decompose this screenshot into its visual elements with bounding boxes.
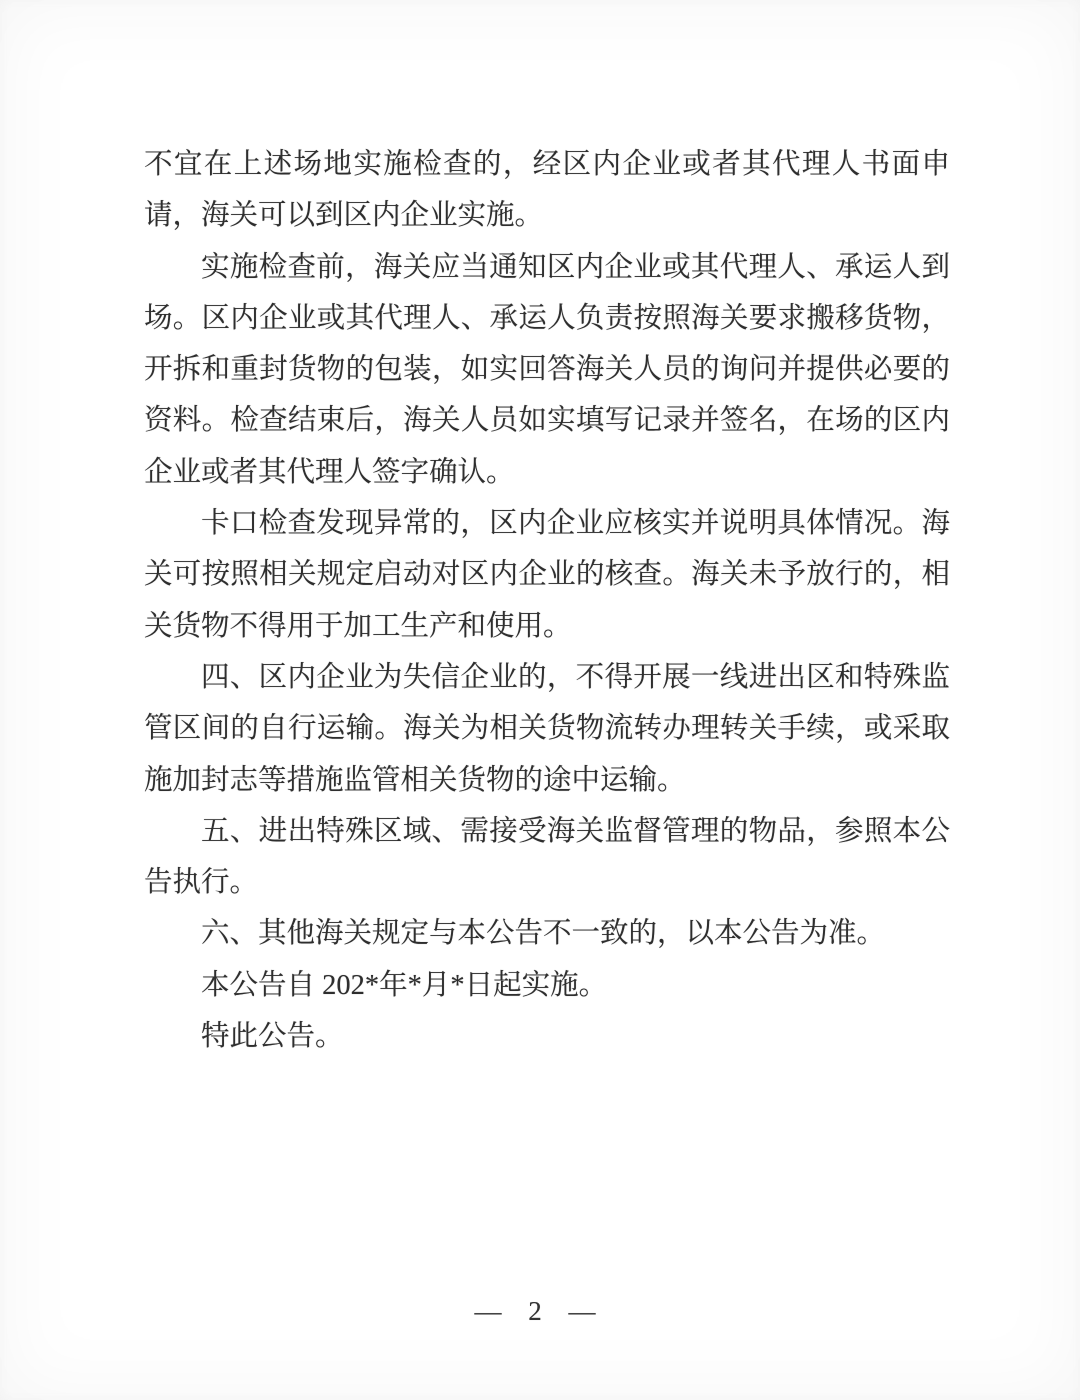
text-line: 管区间的自行运输。海关为相关货物流转办理转关手续，或采取 (144, 703, 950, 754)
page-number: — 2 — (475, 1296, 606, 1326)
text-line: 六、其他海关规定与本公告不一致的，以本公告为准。 (144, 908, 950, 959)
text-line: 实施检查前，海关应当通知区内企业或其代理人、承运人到 (144, 242, 950, 293)
text-line: 四、区内企业为失信企业的，不得开展一线进出区和特殊监 (144, 652, 950, 703)
text-line: 施加封志等措施监管相关货物的途中运输。 (144, 755, 950, 806)
paragraph: 卡口检查发现异常的，区内企业应核实并说明具体情况。海关可按照相关规定启动对区内企… (144, 498, 950, 652)
paragraph: 特此公告。 (144, 1011, 950, 1062)
document-body: 不宜在上述场地实施检查的，经区内企业或者其代理人书面申请，海关可以到区内企业实施… (144, 139, 950, 1062)
text-line: 关可按照相关规定启动对区内企业的核查。海关未予放行的，相 (144, 549, 950, 600)
text-line: 企业或者其代理人签字确认。 (144, 447, 950, 498)
paragraph: 四、区内企业为失信企业的，不得开展一线进出区和特殊监管区间的自行运输。海关为相关… (144, 652, 950, 806)
text-line: 卡口检查发现异常的，区内企业应核实并说明具体情况。海 (144, 498, 950, 549)
paragraph: 实施检查前，海关应当通知区内企业或其代理人、承运人到场。区内企业或其代理人、承运… (144, 242, 950, 498)
text-line: 本公告自 202*年*月*日起实施。 (144, 960, 950, 1011)
paragraph: 六、其他海关规定与本公告不一致的，以本公告为准。 (144, 908, 950, 959)
paragraph: 不宜在上述场地实施检查的，经区内企业或者其代理人书面申请，海关可以到区内企业实施… (144, 139, 950, 242)
text-line: 不宜在上述场地实施检查的，经区内企业或者其代理人书面申 (144, 139, 950, 190)
text-line: 开拆和重封货物的包装，如实回答海关人员的询问并提供必要的 (144, 344, 950, 395)
text-line: 五、进出特殊区域、需接受海关监督管理的物品，参照本公 (144, 806, 950, 857)
text-line: 请，海关可以到区内企业实施。 (144, 190, 950, 241)
text-line: 告执行。 (144, 857, 950, 908)
text-line: 资料。检查结束后，海关人员如实填写记录并签名，在场的区内 (144, 395, 950, 446)
text-line: 场。区内企业或其代理人、承运人负责按照海关要求搬移货物， (144, 293, 950, 344)
page-footer: — 2 — (0, 1290, 1080, 1332)
text-line: 关货物不得用于加工生产和使用。 (144, 601, 950, 652)
document-page: 不宜在上述场地实施检查的，经区内企业或者其代理人书面申请，海关可以到区内企业实施… (0, 0, 1080, 1400)
text-line: 特此公告。 (144, 1011, 950, 1062)
paragraph: 五、进出特殊区域、需接受海关监督管理的物品，参照本公告执行。 (144, 806, 950, 909)
paragraph: 本公告自 202*年*月*日起实施。 (144, 960, 950, 1011)
